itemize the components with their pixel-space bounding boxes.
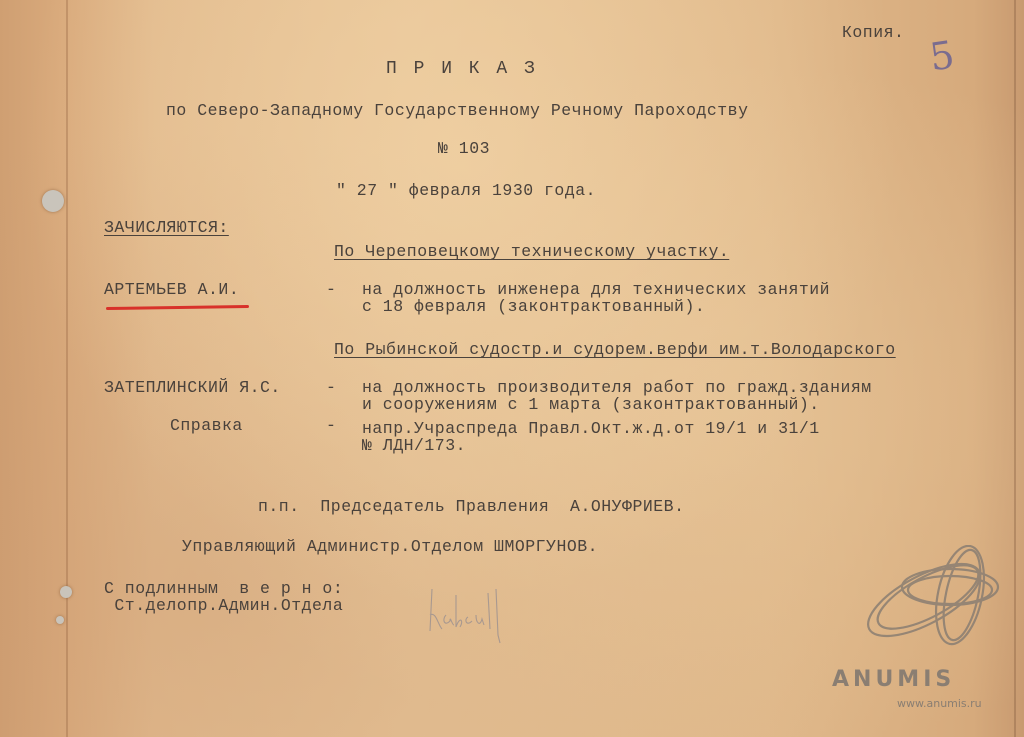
- page-edge: [1014, 0, 1016, 737]
- watermark-url: www.anumis.ru: [897, 697, 982, 710]
- copy-mark: Копия.: [842, 24, 904, 42]
- order-date: " 27 " февраля 1930 года.: [336, 182, 596, 200]
- employee-name: ЗАТЕПЛИНСКИЙ Я.С.: [104, 379, 281, 397]
- certification-line: Ст.делопр.Админ.Отдела: [104, 597, 343, 615]
- entry-dash: -: [326, 281, 336, 299]
- entry-line: с 18 февраля (законтрактованный).: [362, 298, 705, 316]
- entry-dash: -: [326, 417, 336, 435]
- binding-hole: [60, 586, 72, 598]
- handwritten-signature: [426, 585, 521, 645]
- department-heading: По Череповецкому техническому участку.: [334, 243, 729, 261]
- employee-name: АРТЕМЬЕВ А.И.: [104, 281, 239, 299]
- binding-hole: [56, 616, 64, 624]
- section-heading: ЗАЧИСЛЯЮТСЯ:: [104, 219, 229, 237]
- entry-dash: -: [326, 379, 336, 397]
- document-subtitle: по Северо-Западному Государственному Реч…: [166, 102, 749, 120]
- watermark-brand: ANUMIS: [832, 667, 955, 692]
- anumis-logo-icon: [862, 545, 1002, 650]
- order-number: № 103: [438, 140, 490, 158]
- department-heading: По Рыбинской судостр.и судорем.верфи им.…: [334, 341, 896, 359]
- entry-line: и сооружениям с 1 марта (законтрактованн…: [362, 396, 820, 414]
- binding-fold-line: [66, 0, 68, 737]
- reference-label: Справка: [170, 417, 243, 435]
- document-title: П Р И К А З: [386, 60, 538, 78]
- manager-signature-line: Управляющий Администр.Отделом ШМОРГУНОВ.: [182, 538, 598, 556]
- chairman-signature-line: п.п. Председатель Правления А.ОНУФРИЕВ.: [258, 498, 684, 516]
- binding-hole: [42, 190, 64, 212]
- reference-line: № ЛДН/173.: [362, 437, 466, 455]
